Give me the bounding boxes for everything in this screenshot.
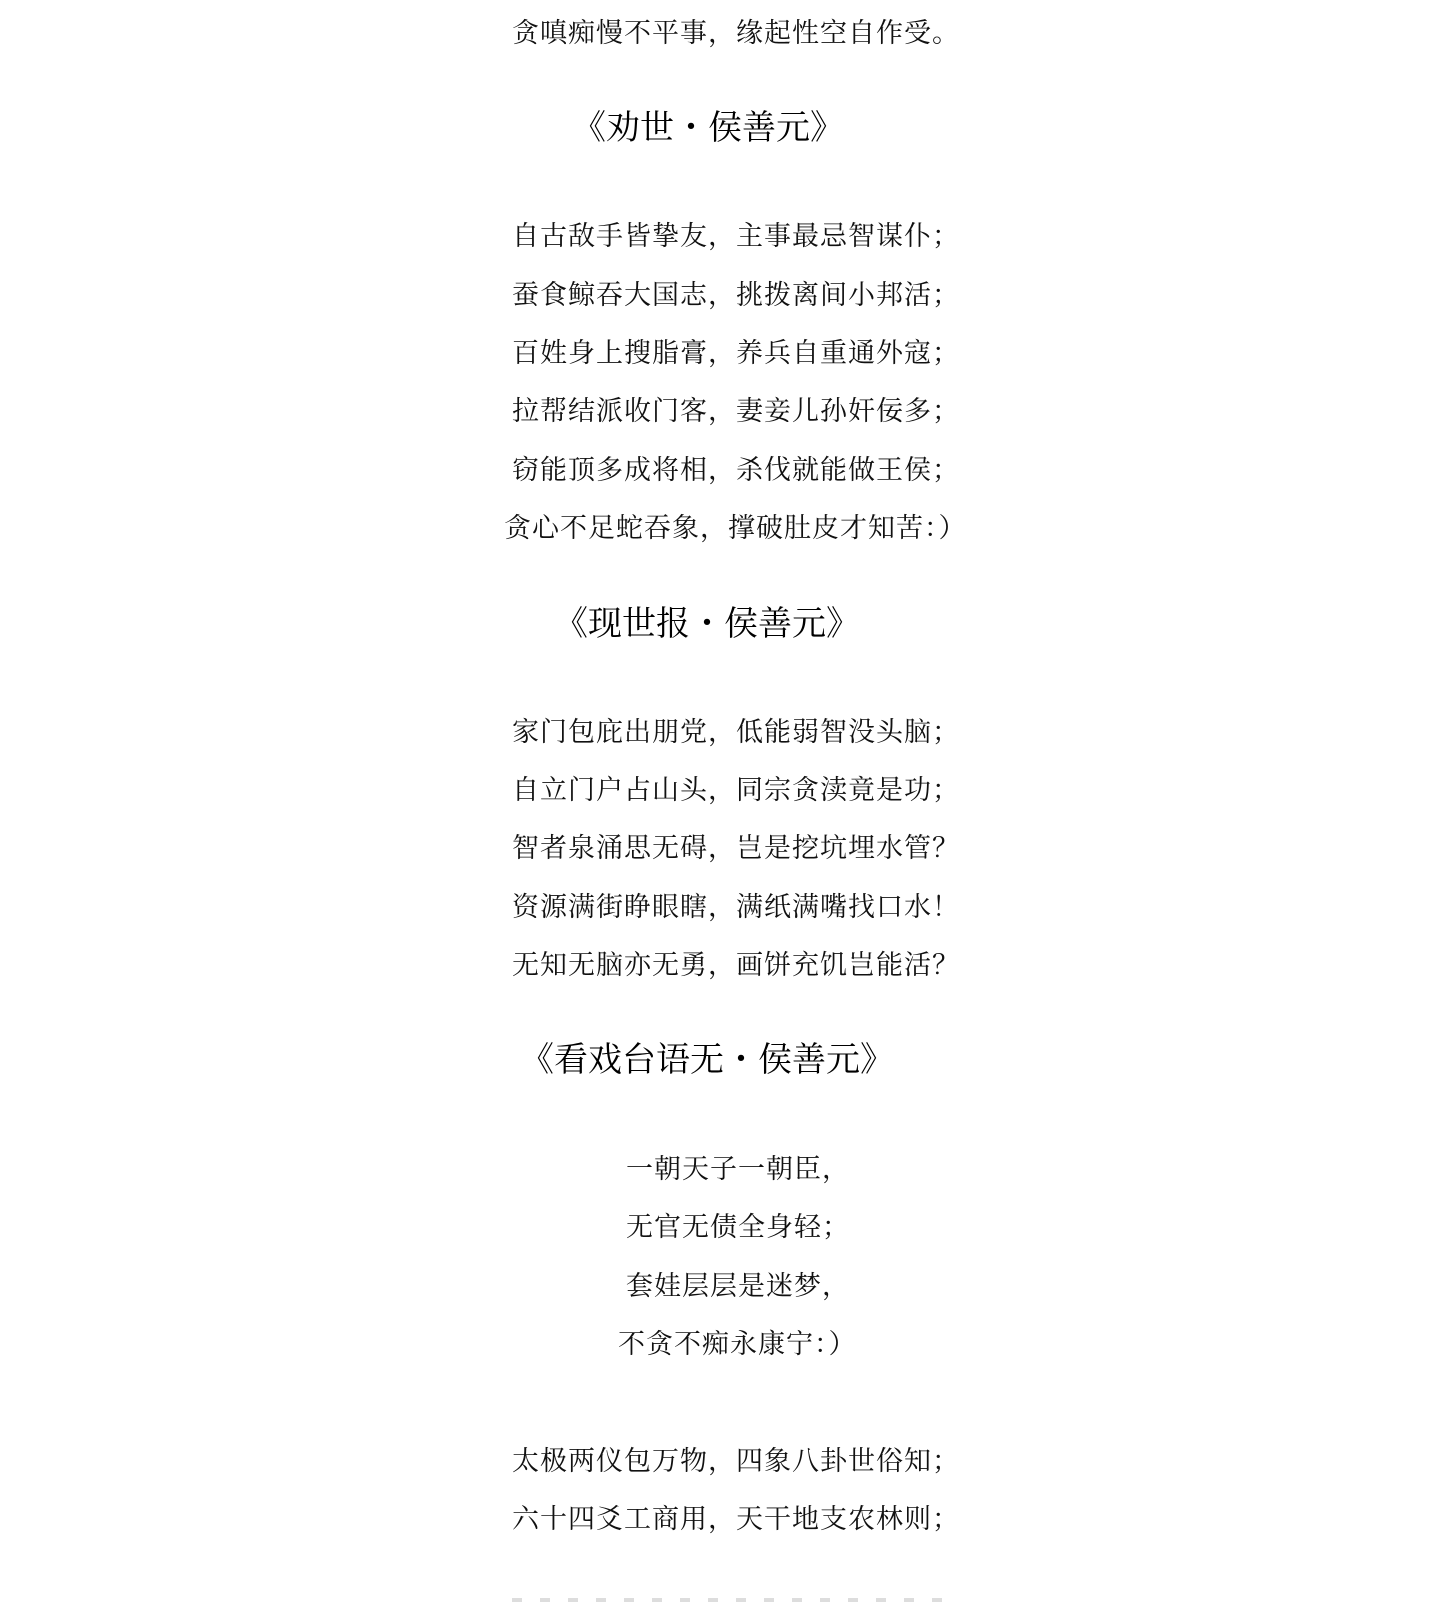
poem-1-line-3: 百姓身上搜脂膏，养兵自重通外寇； xyxy=(512,336,960,372)
poem-2-line-5: 无知无脑亦无勇，画饼充饥岂能活？ xyxy=(512,948,960,984)
poem-title-1: 《劝世・侯善元》 xyxy=(572,106,844,150)
poem-title-2: 《现世报・侯善元》 xyxy=(554,602,860,646)
poem-title-3: 《看戏台语无・侯善元》 xyxy=(520,1038,894,1082)
poem-1-line-6: 贪心不足蛇吞象，撑破肚皮才知苦：） xyxy=(504,511,967,547)
poem-3-line-3: 套娃层层是迷梦， xyxy=(626,1269,850,1305)
poem-3-line-2: 无官无债全身轻； xyxy=(626,1210,850,1246)
poem-2-line-4: 资源满街睁眼瞎，满纸满嘴找口水！ xyxy=(512,890,960,926)
poem-1-line-5: 窃能顶多成将相，杀伐就能做王侯； xyxy=(512,453,960,489)
truncated-line-glyph-tops xyxy=(512,1598,952,1602)
closing-line-1: 太极两仪包万物，四象八卦世俗知； xyxy=(512,1444,960,1480)
closing-line-2: 六十四爻工商用，天干地支农林则； xyxy=(512,1502,960,1538)
document-page: 贪嗔痴慢不平事，缘起性空自作受。 《劝世・侯善元》 自古敌手皆挚友，主事最忌智谋… xyxy=(0,0,1450,1602)
poem-2-line-1: 家门包庇出朋党，低能弱智没头脑； xyxy=(512,715,960,751)
poem-3-line-4: 不贪不痴永康宁：） xyxy=(618,1327,857,1363)
poem-3-line-1: 一朝天子一朝臣， xyxy=(626,1152,850,1188)
poem-1-line-2: 蚕食鲸吞大国志，挑拨离间小邦活； xyxy=(512,278,960,314)
poem-1-line-1: 自古敌手皆挚友，主事最忌智谋仆； xyxy=(512,219,960,255)
truncated-line xyxy=(512,1590,952,1602)
poem-1-line-4: 拉帮结派收门客，妻妾儿孙奸佞多； xyxy=(512,394,960,430)
intro-line: 贪嗔痴慢不平事，缘起性空自作受。 xyxy=(512,16,960,52)
poem-2-line-2: 自立门户占山头，同宗贪渎竟是功； xyxy=(512,773,960,809)
poem-2-line-3: 智者泉涌思无碍，岂是挖坑埋水管？ xyxy=(512,831,960,867)
